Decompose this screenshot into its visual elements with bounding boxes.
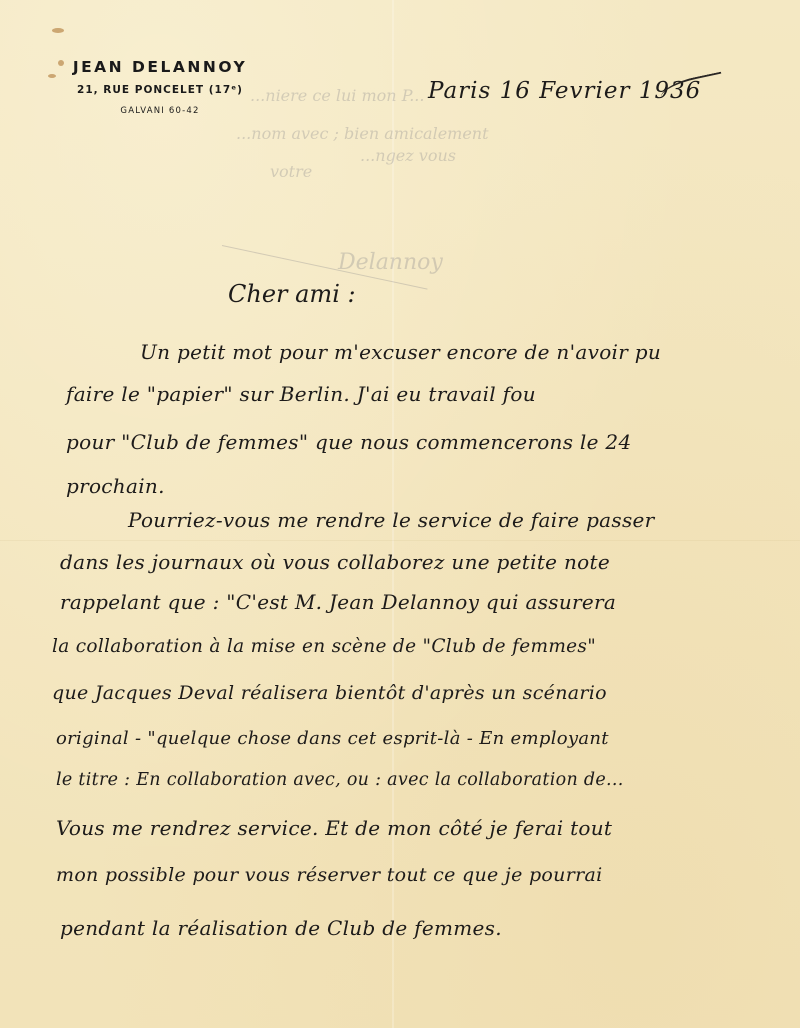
dateline: Paris 16 Fevrier 1936 xyxy=(428,78,701,104)
body-line: rappelant que : "C'est M. Jean Delannoy … xyxy=(60,590,616,614)
body-line: Pourriez-vous me rendre le service de fa… xyxy=(128,508,655,532)
letterhead-phone: GALVANI 60-42 xyxy=(40,106,280,116)
body-line: que Jacques Deval réalisera bientôt d'ap… xyxy=(52,682,607,704)
letterhead-address: 21, RUE PONCELET (17ᵉ) xyxy=(40,84,280,96)
body-line: original - "quelque chose dans cet espri… xyxy=(56,728,609,749)
body-line: faire le "papier" sur Berlin. J'ai eu tr… xyxy=(66,382,536,406)
body-line: le titre : En collaboration avec, ou : a… xyxy=(56,770,624,790)
letter-page: ...niere ce lui mon P... ...nom avec ; b… xyxy=(0,0,800,1028)
letterhead: JEAN DELANNOY 21, RUE PONCELET (17ᵉ) GAL… xyxy=(40,58,280,116)
body-line: la collaboration à la mise en scène de "… xyxy=(52,636,596,657)
salutation: Cher ami : xyxy=(228,280,356,308)
body-line: Un petit mot pour m'excuser encore de n'… xyxy=(140,340,661,364)
paper-fold-horizontal xyxy=(0,540,800,541)
body-line: prochain. xyxy=(66,474,165,498)
bleed-through-text: ...nom avec ; bien amicalement xyxy=(236,124,489,143)
body-line: Vous me rendrez service. Et de mon côté … xyxy=(56,816,612,840)
rust-stain xyxy=(52,28,64,33)
bleed-through-text: ...ngez vous xyxy=(360,146,456,165)
letterhead-name: JEAN DELANNOY xyxy=(40,58,280,76)
body-line: pendant la réalisation de Club de femmes… xyxy=(60,916,502,940)
body-line: dans les journaux où vous collaborez une… xyxy=(60,550,610,574)
bleed-through-text: votre xyxy=(270,162,312,181)
bleed-through-signature: Delannoy xyxy=(338,250,443,275)
body-line: pour "Club de femmes" que nous commencer… xyxy=(66,430,631,454)
body-line: mon possible pour vous réserver tout ce … xyxy=(56,864,602,886)
